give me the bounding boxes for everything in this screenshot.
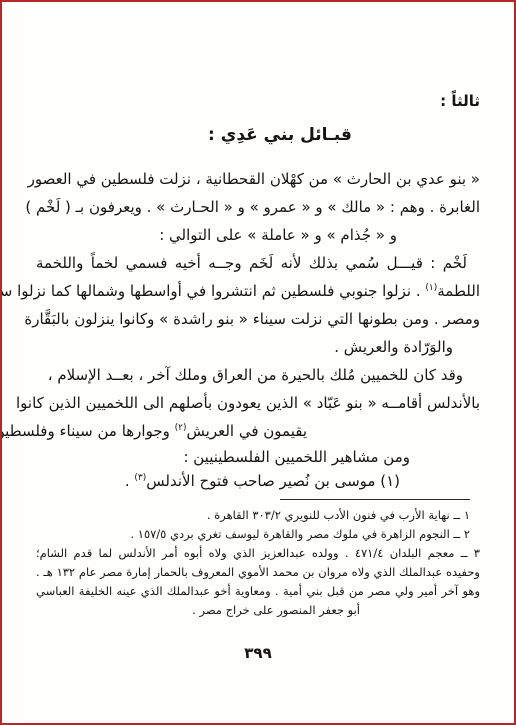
body-line-segment: . نزلوا جنوبي فلسطين ثم انتشروا في أواسط… xyxy=(0,282,425,300)
footnote-ref-3: (٣) xyxy=(134,473,146,483)
footnotes: ١ ــ نهاية الأرب في فنون الأدب للنويري ٣… xyxy=(36,506,480,620)
body-line-segment: وجوارها من سيناء وفلسطين . xyxy=(0,422,175,440)
body-line-segment: يقيمون في العريش xyxy=(187,422,307,440)
footnote-line: ٣ ــ معجم البلدان ٤٧١/٤ . وولده عبدالعزي… xyxy=(36,544,480,563)
body-line: (١) موسى بن نُصير صاحب فتوح الأندلس(٣) . xyxy=(36,469,400,493)
footnote-line: وحفيده عبدالملك الذي ولاه مروان بن محمد … xyxy=(36,563,480,582)
footnote-line: أبو جعفر المنصور على خراج مصر . xyxy=(36,601,360,620)
footnote-line: ٢ ــ النجوم الزاهرة في ملوك مصر والقاهرة… xyxy=(36,525,470,544)
body-line: بالأندلس أقامــه « بنو عَبّاد » الذين يع… xyxy=(36,389,480,417)
heading-row: قبـائل بني عَدِي : xyxy=(36,123,480,147)
body-line: ومصر . ومن بطونها التي نزلت سيناء « بنو … xyxy=(36,305,480,333)
footnote-separator xyxy=(280,499,470,500)
section-marker: ثالثاً : xyxy=(36,91,480,111)
footnote-ref-1: (١) xyxy=(425,283,437,293)
footnote-line: ١ ــ نهاية الأرب في فنون الأدب للنويري ٣… xyxy=(36,506,470,525)
body-line: يقيمون في العريش(٢) وجوارها من سيناء وفل… xyxy=(36,417,307,445)
body-line: اللطمة(١) . نزلوا جنوبي فلسطين ثم انتشرو… xyxy=(36,277,480,305)
body-line: ومن مشاهير اللخميين الفلسطينيين : xyxy=(36,445,410,469)
body-line: لَخْم : قيـــل سُمي بذلك لأنه لَخَم وجــ… xyxy=(36,249,467,277)
body-line: الغابرة . وهم : « مالك » و « عمرو » و « … xyxy=(36,193,480,221)
body-line-segment: اللطمة xyxy=(437,282,480,300)
page-heading: قبـائل بني عَدِي : xyxy=(208,123,352,147)
footnote-ref-2: (٢) xyxy=(175,423,187,433)
book-page: ثالثاً : قبـائل بني عَدِي : « بنو عدي بن… xyxy=(0,0,516,725)
body-line: « بنو عدي بن الحارث » من كهْلان القحطاني… xyxy=(36,165,480,193)
body-line-segment: . xyxy=(125,472,135,490)
footnote-line: وهو آخر أمير ولي مصر من قبل بني أمية . و… xyxy=(36,582,480,601)
body-line: والوَرّادة والعريش . xyxy=(36,333,453,361)
body-text: « بنو عدي بن الحارث » من كهْلان القحطاني… xyxy=(36,165,480,493)
body-line-segment: (١) موسى بن نُصير صاحب فتوح الأندلس xyxy=(146,472,400,490)
body-line: وقد كان للخميين مُلك بالحيرة من العراق و… xyxy=(36,361,463,389)
page-number: ٣٩٩ xyxy=(36,644,480,662)
body-line: و « جُذام » و « عاملة » على التوالي : xyxy=(36,221,397,249)
